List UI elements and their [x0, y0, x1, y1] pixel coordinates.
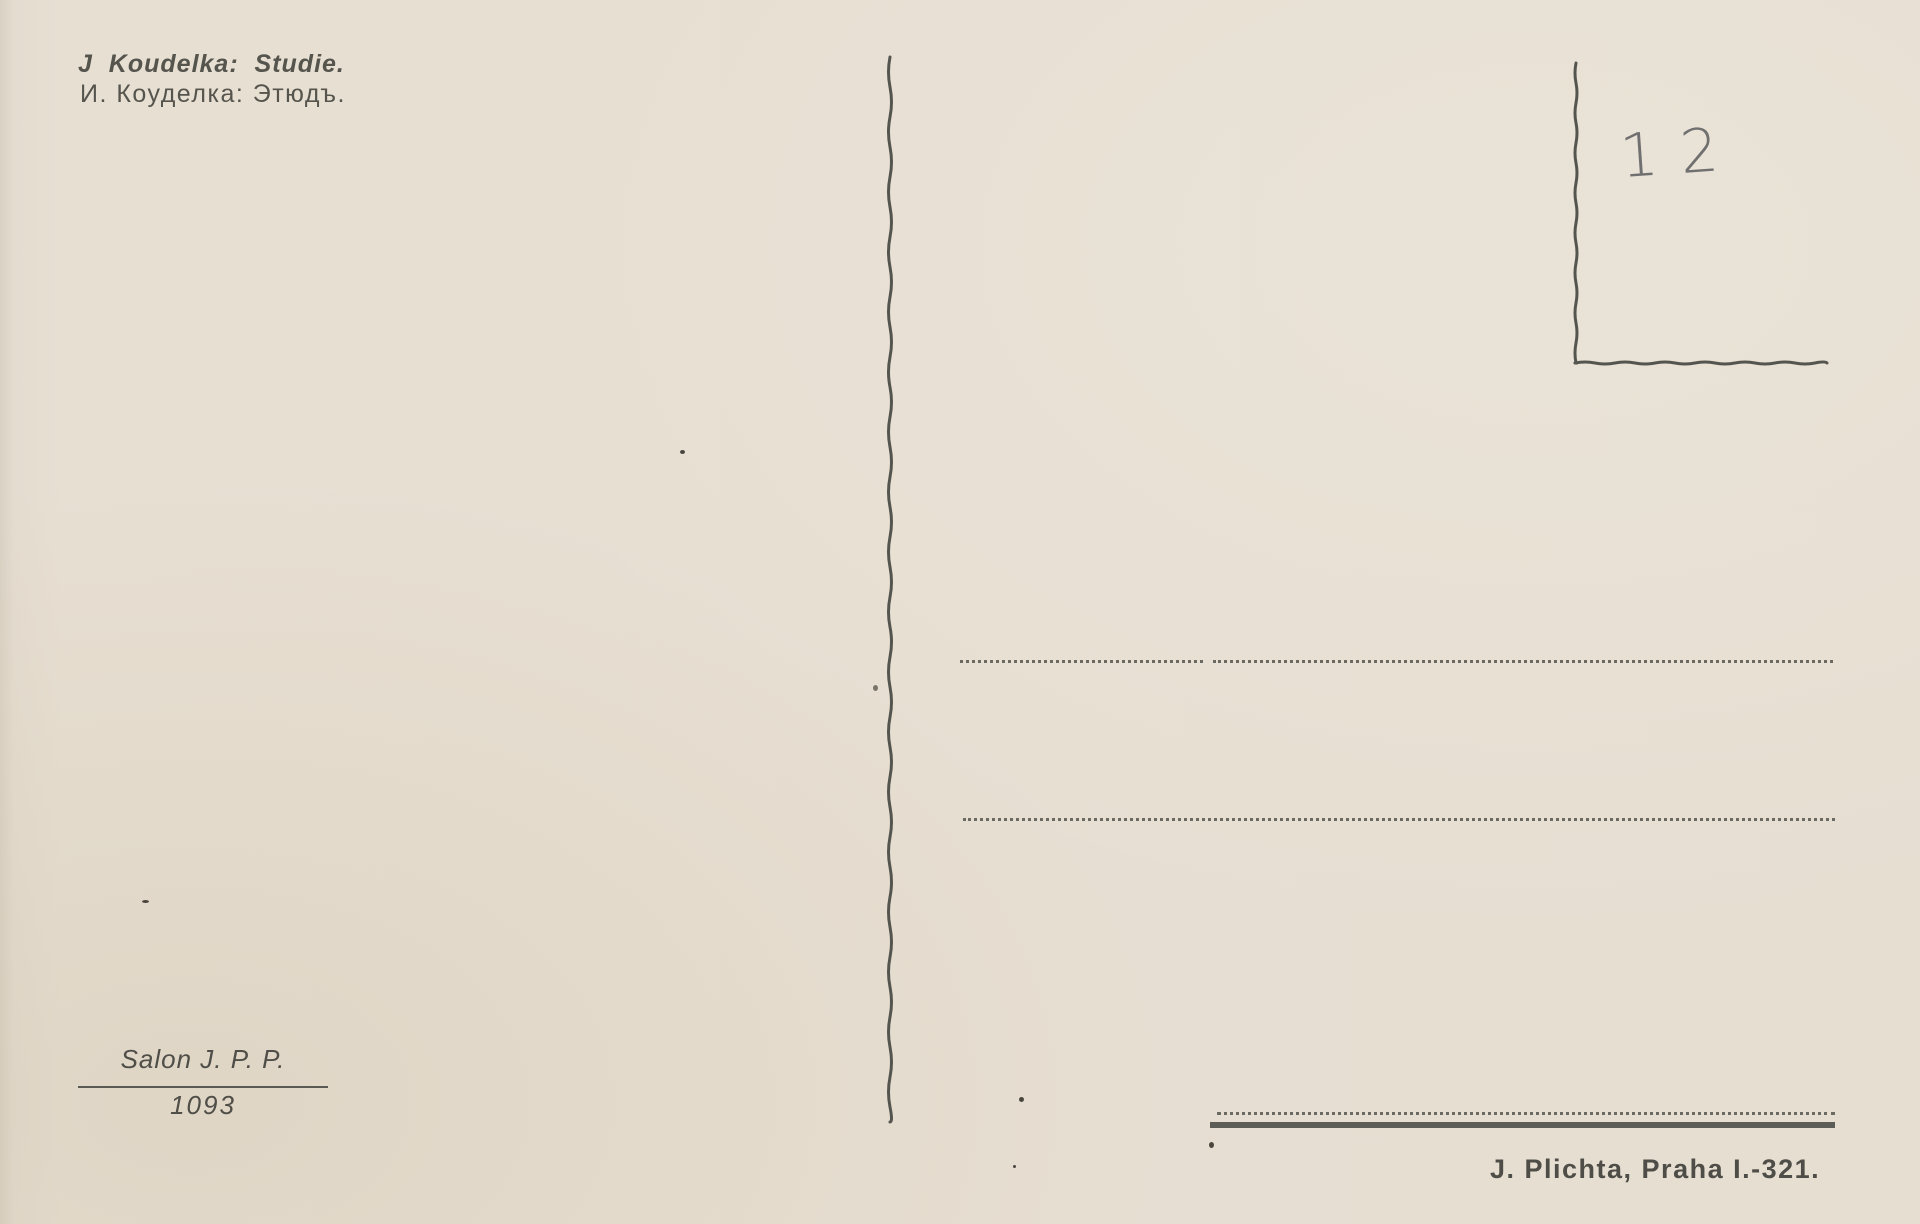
address-line-1 [960, 660, 1203, 663]
address-line-3 [1217, 1112, 1835, 1115]
stamp-box-vertical-line [1575, 63, 1577, 363]
address-line-2 [963, 818, 1835, 821]
stamp-box-horizontal-line [1575, 362, 1827, 364]
series-number: 1093 [78, 1090, 328, 1121]
series-divider-rule [78, 1086, 328, 1088]
paper-speck [873, 685, 878, 691]
paper-speck [1209, 1142, 1214, 1148]
paper-speck [680, 450, 685, 454]
paper-speck [1013, 1165, 1016, 1168]
series-publisher-label: Salon J. P. P. [78, 1044, 328, 1075]
paper-speck [1019, 1097, 1024, 1102]
address-underline-rule [1210, 1122, 1835, 1128]
printer-imprint: J. Plichta, Praha I.-321. [1490, 1154, 1820, 1185]
handwritten-number: 12 [1618, 114, 1743, 192]
center-divider-line [889, 57, 892, 1122]
paper-speck [142, 900, 149, 903]
address-line-1b [1213, 660, 1833, 663]
